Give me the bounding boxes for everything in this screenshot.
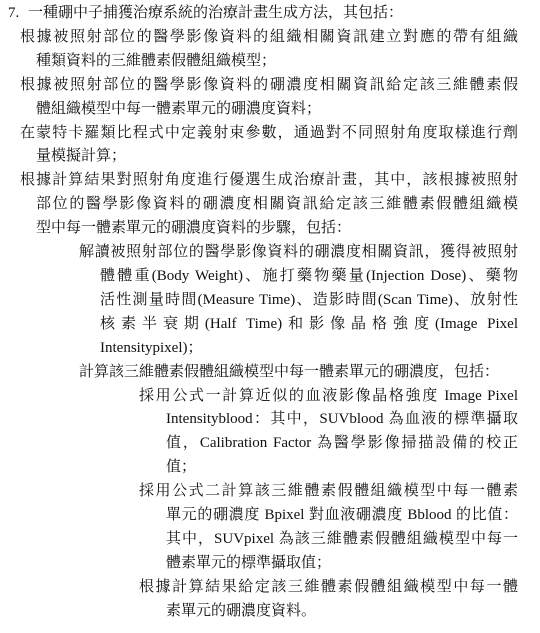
claim-text-line: 體組織模型中每一體素單元的硼濃度資料； [36,98,518,122]
claim-paragraph: 計算該三維體素假體組織模型中每一體素單元的硼濃度，包括： [0,361,518,385]
claim-paragraph: 採用公式二計算該三維體素假體組織模型中每一體素單元的硼濃度 Bpixel 對血液… [0,480,518,576]
claim-paragraph: 根據計算結果給定該三維體素假體組織模型中每一體素單元的硼濃度資料。 [0,576,518,624]
claim-text-line: 量模擬計算； [36,145,518,169]
claim-text-line: 單元的硼濃度 Bpixel 對血液硼濃度 Bblood 的比值： [166,504,518,528]
claim-text-line: 種類資料的三維體素假體組織模型； [36,50,518,74]
claim-text-line: 活性測量時間(Measure Time)、造影時間(Scan Time)、放射性 [100,289,518,313]
claim-paragraph: 根據計算結果對照射角度進行優選生成治療計畫，其中，該根據被照射部位的醫學影像資料… [0,169,518,241]
claim-text-line: 素單元的硼濃度資料。 [166,600,518,624]
claim-paragraph: 在蒙特卡羅類比程式中定義射束參數，通過對不同照射角度取樣進行劑量模擬計算； [0,122,518,170]
claim-text-line: 在蒙特卡羅類比程式中定義射束參數，通過對不同照射角度取樣進行劑 [20,122,518,146]
claim-paragraph: 採用公式一計算近似的血液影像晶格強度 Image PixelIntensityb… [0,385,518,481]
claim-paragraph: 根據被照射部位的醫學影像資料的組織相關資訊建立對應的帶有組織種類資料的三維體素假… [0,26,518,74]
claim-text-line: 根據計算結果對照射角度進行優選生成治療計畫，其中，該根據被照射 [20,169,518,193]
claim-paragraph: 根據被照射部位的醫學影像資料的硼濃度相關資訊給定該三維體素假體組織模型中每一體素… [0,74,518,122]
claim-text-line: 體素單元的標準攝取值； [166,552,518,576]
claim-text-line: 解讀被照射部位的醫學影像資料的硼濃度相關資訊，獲得被照射 [79,241,518,265]
claim-text-line: 值； [166,456,518,480]
claim-7-body: 7.一種硼中子捕獲治療系統的治療計畫生成方法，其包括：根據被照射部位的醫學影像資… [0,2,518,624]
claim-text-line: 採用公式二計算該三維體素假體組織模型中每一體素 [139,480,518,504]
claim-number: 7. [8,2,19,26]
claim-paragraph: 解讀被照射部位的醫學影像資料的硼濃度相關資訊，獲得被照射體體重(Body Wei… [0,241,518,361]
claim-text-line: 其中，SUVpixel 為該三維體素假體組織模型中每一 [166,528,518,552]
claim-text-line: 一種硼中子捕獲治療系統的治療計畫生成方法，其包括： [28,2,518,26]
claim-text-line: 根據被照射部位的醫學影像資料的組織相關資訊建立對應的帶有組織 [20,26,518,50]
patent-claim-page: 7.一種硼中子捕獲治療系統的治療計畫生成方法，其包括：根據被照射部位的醫學影像資… [0,0,540,633]
claim-text-line: 計算該三維體素假體組織模型中每一體素單元的硼濃度，包括： [79,361,518,385]
claim-text-line: 根據計算結果給定該三維體素假體組織模型中每一體 [139,576,518,600]
claim-text-line: 值，Calibration Factor 為醫學影像掃描設備的校正 [166,432,518,456]
claim-text-line: 核素半衰期(Half Time)和影像晶格強度(Image Pixel [100,313,518,337]
claim-text-line: 型中每一體素單元的硼濃度資料的步驟，包括： [36,217,518,241]
claim-text-line: Intensitypixel)； [100,337,518,361]
claim-text-line: 體體重(Body Weight)、施打藥物藥量(Injection Dose)、… [100,265,518,289]
claim-text-line: 採用公式一計算近似的血液影像晶格強度 Image Pixel [139,385,518,409]
claim-text-line: 根據被照射部位的醫學影像資料的硼濃度相關資訊給定該三維體素假 [20,74,518,98]
claim-text-line: 部位的醫學影像資料的硼濃度相關資訊給定該三維體素假體組織模 [36,193,518,217]
claim-paragraph: 7.一種硼中子捕獲治療系統的治療計畫生成方法，其包括： [0,2,518,26]
claim-text-line: Intensityblood：其中，SUVblood 為血液的標準攝取 [166,408,518,432]
